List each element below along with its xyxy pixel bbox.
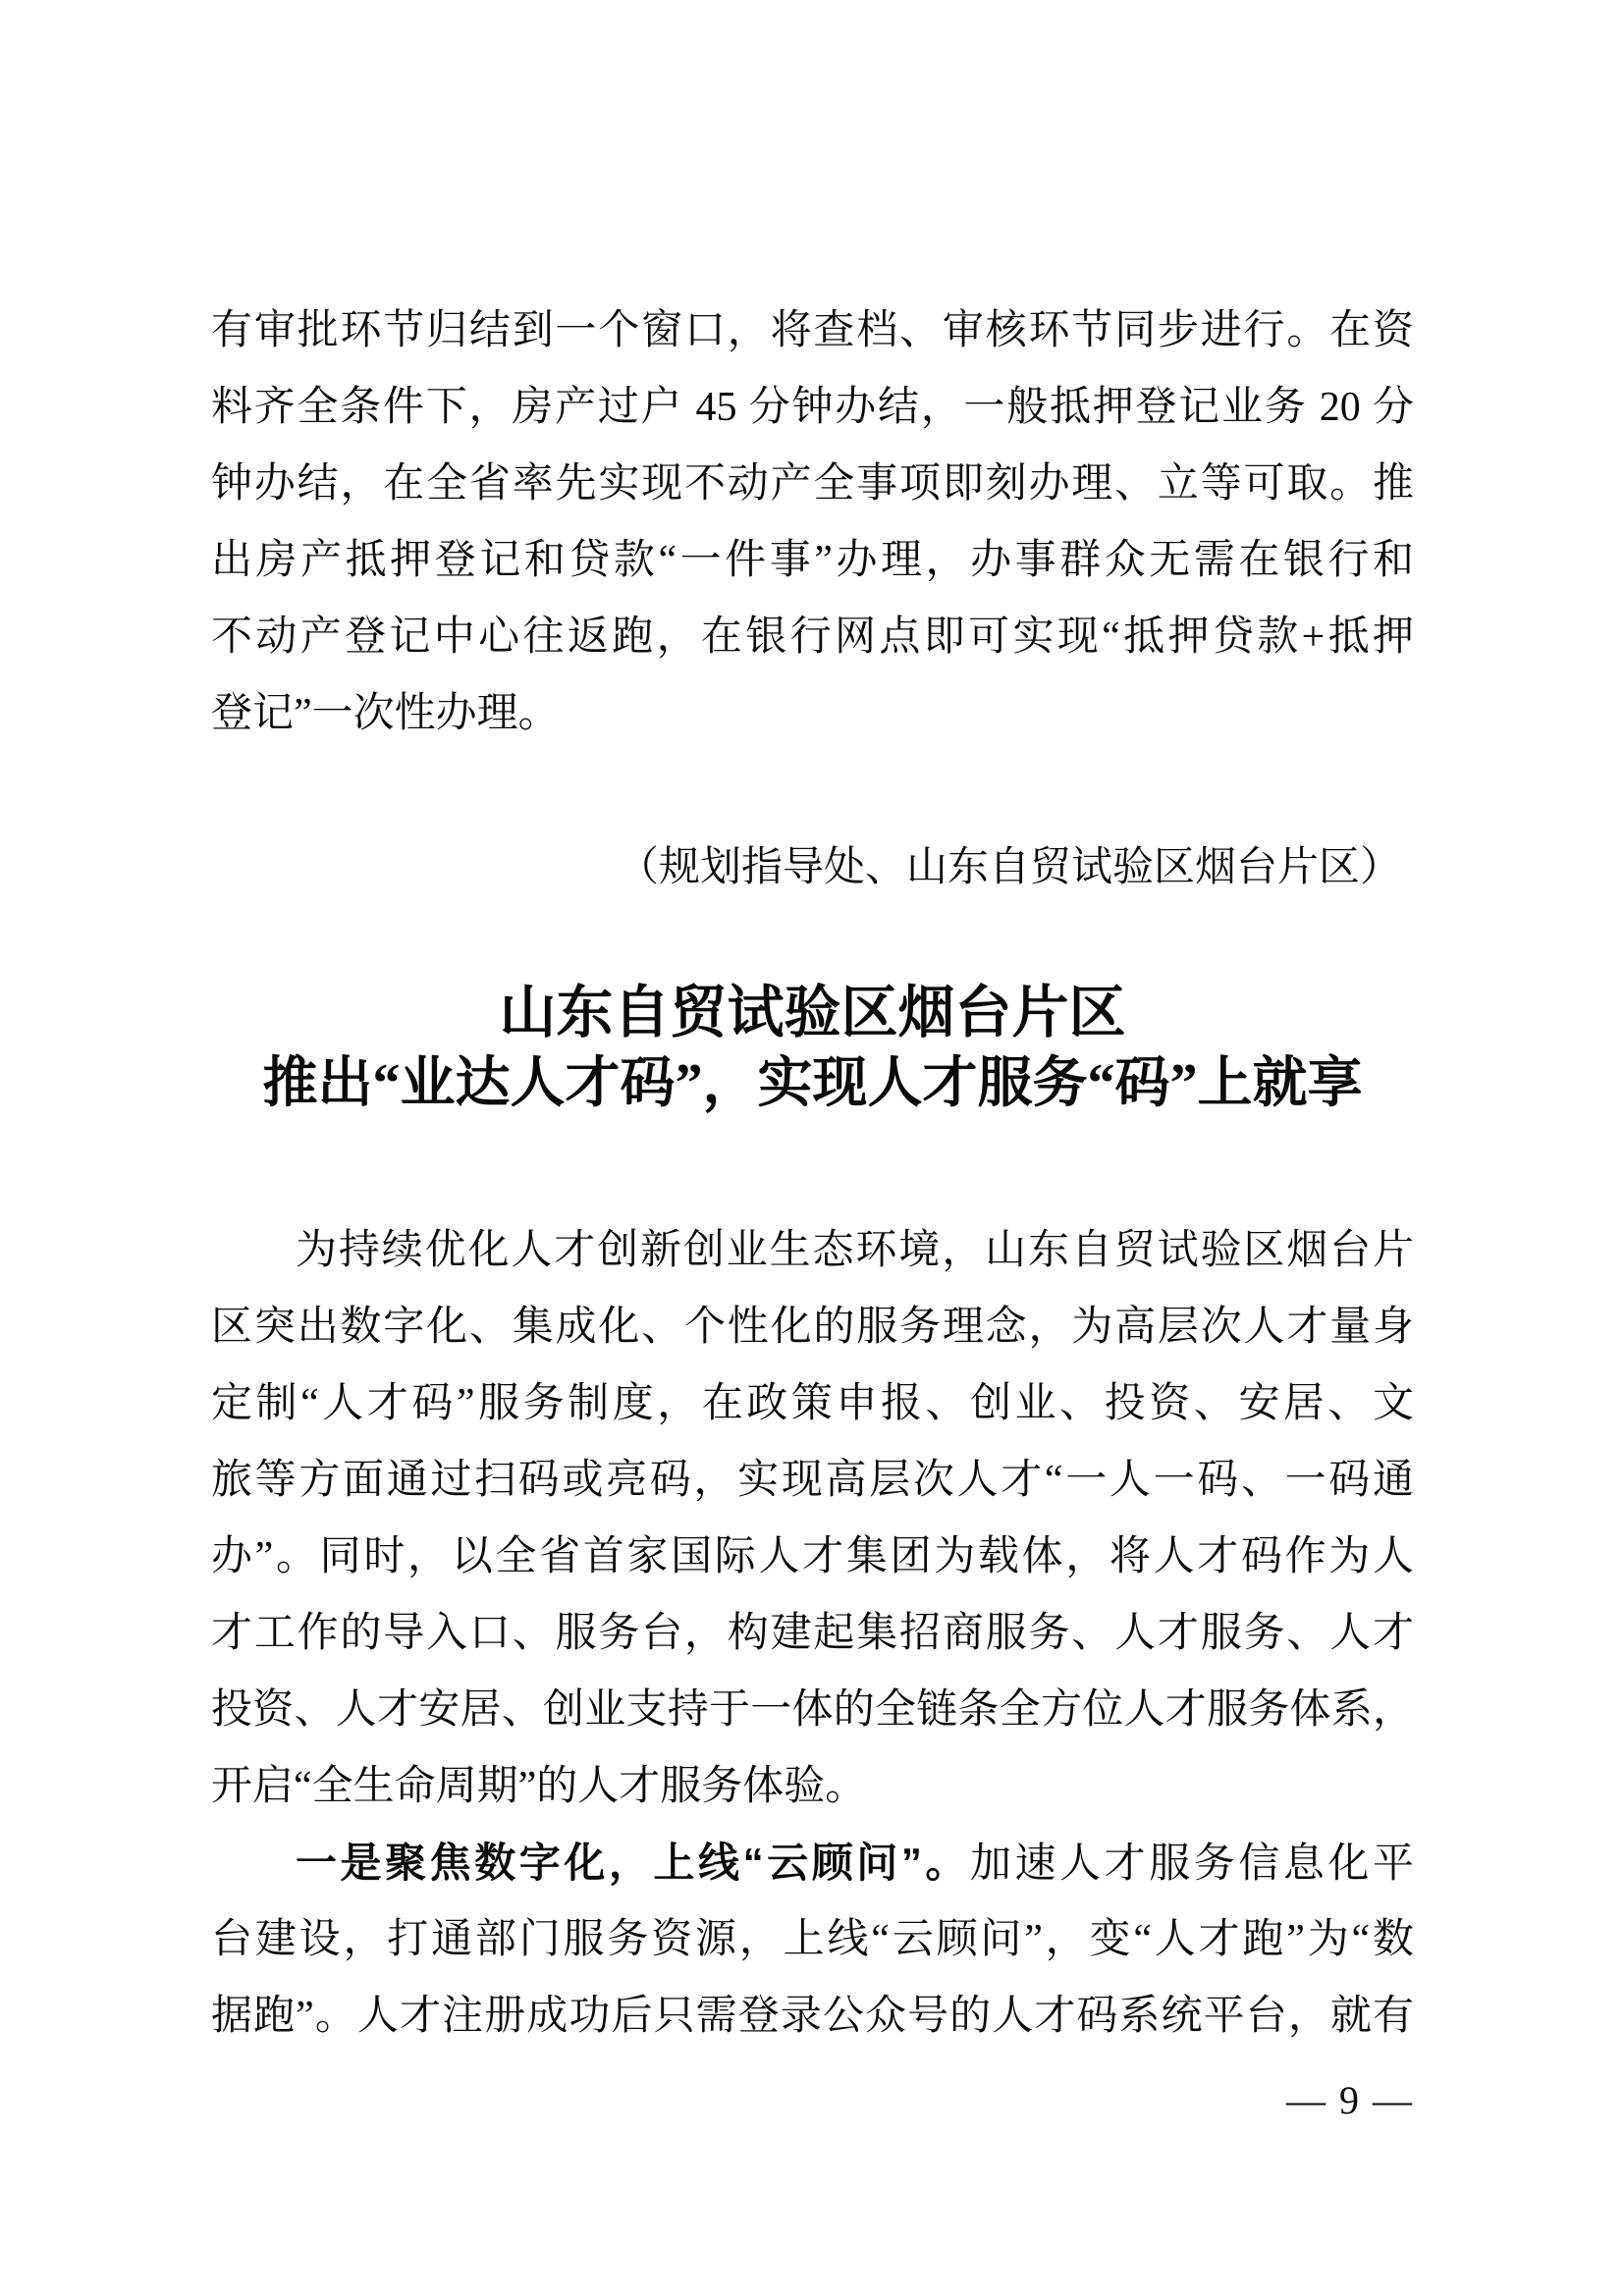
body-line: 开启“全生命周期”的人才服务体验。: [211, 1748, 1414, 1825]
body-line: 有审批环节归结到一个窗口，将查档、审核环节同步进行。在资: [211, 293, 1414, 369]
article-title-line-2: 推出“业达人才码”，实现人才服务“码”上就享: [211, 1048, 1414, 1120]
body-text: 加速人才服务信息化平: [970, 1842, 1414, 1887]
body-line: 办”。同时，以全省首家国际人才集团为载体，将人才码作为人: [211, 1519, 1414, 1595]
body-line: 才工作的导入口、服务台，构建起集招商服务、人才服务、人才: [211, 1595, 1414, 1672]
body-line: 一是聚焦数字化，上线“云顾问”。加速人才服务信息化平: [211, 1825, 1414, 1901]
attribution-line: （规划指导处、山东自贸试验区烟台片区）: [211, 829, 1414, 906]
body-line: 据跑”。人才注册成功后只需登录公众号的人才码系统平台，就有: [211, 1978, 1414, 2055]
body-line: 登记”一次性办理。: [211, 675, 1414, 752]
body-line: 投资、人才安居、创业支持于一体的全链条全方位人才服务体系，: [211, 1672, 1414, 1748]
paragraph-1: 有审批环节归结到一个窗口，将查档、审核环节同步进行。在资 料齐全条件下，房产过户…: [211, 293, 1414, 752]
body-line: 定制“人才码”服务制度，在政策申报、创业、投资、安居、文: [211, 1365, 1414, 1442]
body-line: 区突出数字化、集成化、个性化的服务理念，为高层次人才量身: [211, 1289, 1414, 1365]
body-line: 不动产登记中心往返跑，在银行网点即可实现“抵押贷款+抵押: [211, 599, 1414, 675]
document-page: 有审批环节归结到一个窗口，将查档、审核环节同步进行。在资 料齐全条件下，房产过户…: [0, 0, 1624, 2296]
article-title: 山东自贸试验区烟台片区 推出“业达人才码”，实现人才服务“码”上就享: [211, 977, 1414, 1120]
article-title-line-1: 山东自贸试验区烟台片区: [211, 977, 1414, 1048]
page-number: — 9 —: [1286, 2079, 1414, 2122]
paragraph-2: 为持续优化人才创新创业生态环境，山东自贸试验区烟台片 区突出数字化、集成化、个性…: [211, 1212, 1414, 1825]
body-line: 出房产抵押登记和贷款“一件事”办理，办事群众无需在银行和: [211, 522, 1414, 599]
body-line: 为持续优化人才创新创业生态环境，山东自贸试验区烟台片: [211, 1212, 1414, 1289]
body-line: 台建设，打通部门服务资源，上线“云顾问”，变“人才跑”为“数: [211, 1901, 1414, 1978]
body-line: 料齐全条件下，房产过户 45 分钟办结，一般抵押登记业务 20 分: [211, 369, 1414, 446]
paragraph-3: 一是聚焦数字化，上线“云顾问”。加速人才服务信息化平 台建设，打通部门服务资源，…: [211, 1825, 1414, 2055]
body-line: 钟办结，在全省率先实现不动产全事项即刻办理、立等可取。推: [211, 446, 1414, 522]
bold-lead-in: 一是聚焦数字化，上线“云顾问”。: [296, 1840, 970, 1886]
body-line: 旅等方面通过扫码或亮码，实现高层次人才“一人一码、一码通: [211, 1442, 1414, 1519]
